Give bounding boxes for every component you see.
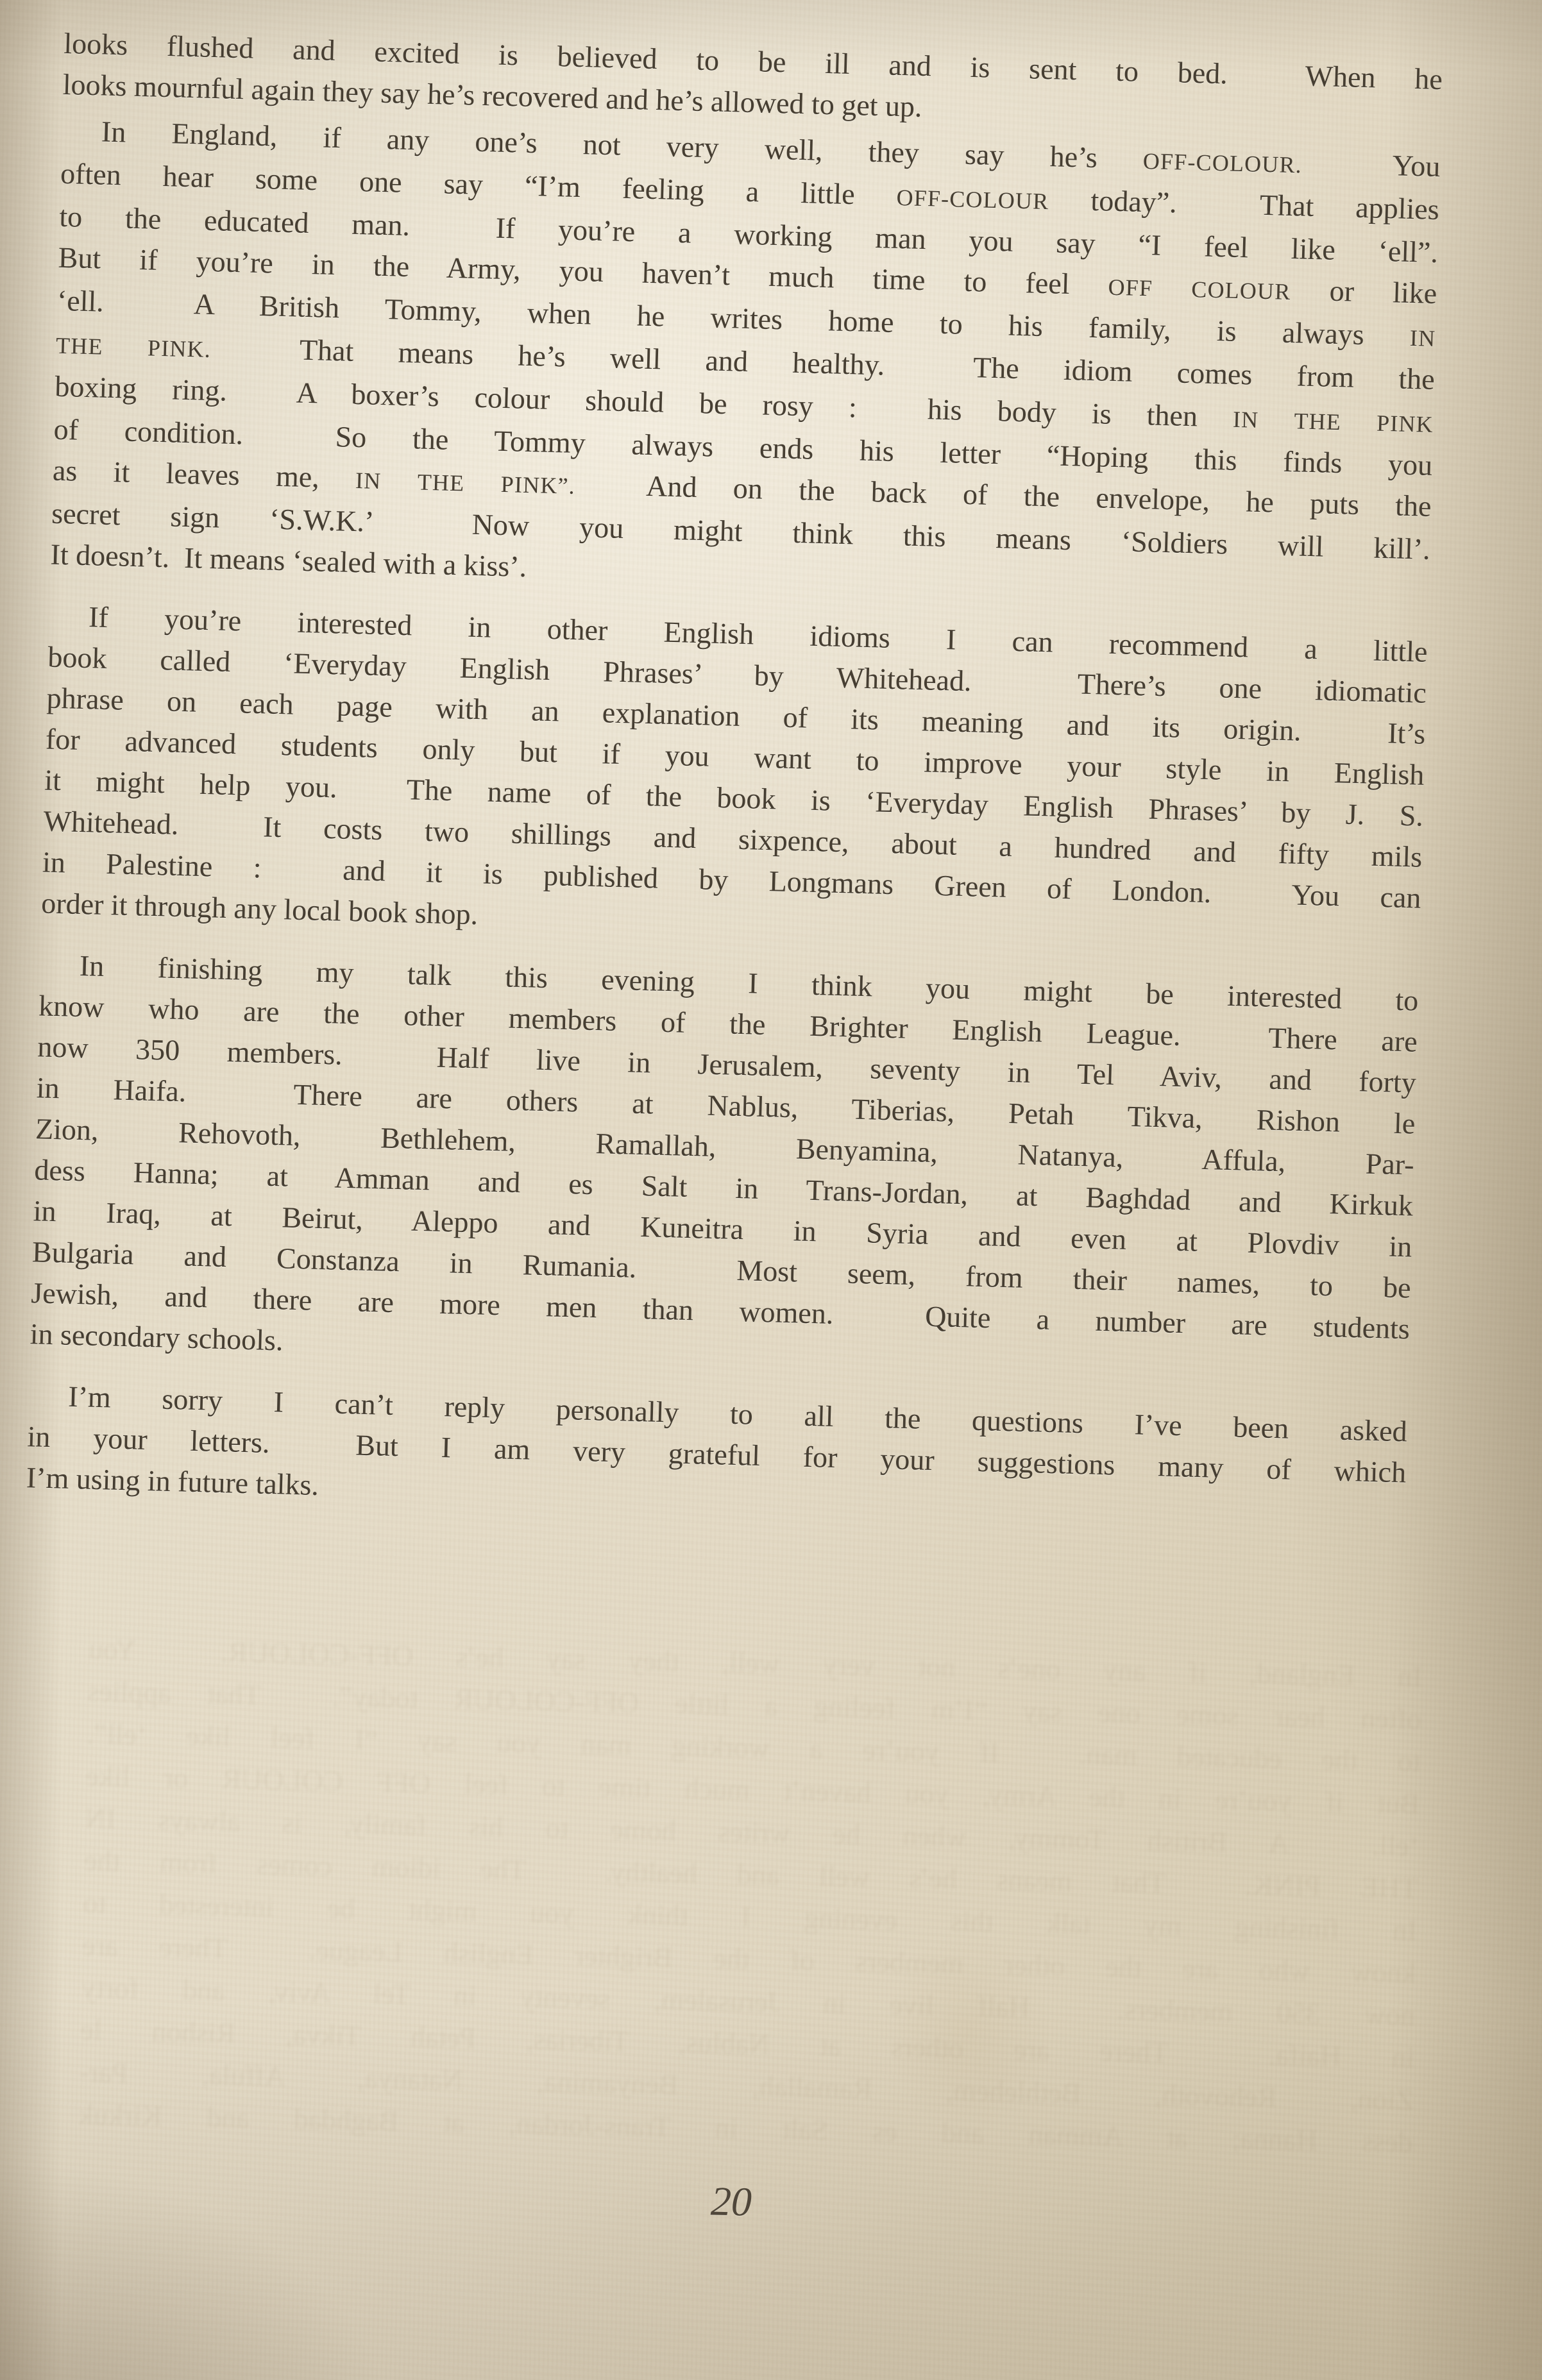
- small-caps-idiom: COLOUR: [1191, 276, 1291, 305]
- small-caps-idiom: IN: [355, 468, 382, 494]
- book-page-photo: In England, if any one’s not very well, …: [0, 0, 1542, 2380]
- show-through-ghost: In England, if any one’s not very well, …: [78, 1628, 1423, 2163]
- small-caps-idiom: THE: [56, 333, 104, 360]
- page-text: looks flushed and excited is believed to…: [26, 23, 1443, 1534]
- small-caps-idiom: OFF: [1108, 274, 1153, 301]
- small-caps-idiom: OFF-COLOUR: [896, 185, 1049, 214]
- small-caps-idiom: IN: [1232, 407, 1258, 433]
- small-caps-idiom: PINK”.: [500, 471, 575, 499]
- paragraph: I’m sorry I can’t reply personally to al…: [26, 1375, 1407, 1534]
- small-caps-idiom: IN: [1409, 325, 1436, 351]
- small-caps-idiom: PINK.: [148, 335, 212, 362]
- paper-stain: [885, 1930, 1052, 2136]
- small-caps-idiom: THE: [417, 469, 465, 496]
- page-number: 20: [666, 2177, 796, 2227]
- small-caps-idiom: THE: [1294, 408, 1342, 435]
- paragraph: If you’re interested in other English id…: [41, 596, 1428, 960]
- small-caps-idiom: PINK: [1377, 410, 1434, 437]
- paragraph: In finishing my talk this evening I thin…: [30, 944, 1419, 1390]
- small-caps-idiom: OFF-COLOUR.: [1142, 148, 1302, 178]
- paragraph: In England, if any one’s not very well, …: [50, 110, 1441, 611]
